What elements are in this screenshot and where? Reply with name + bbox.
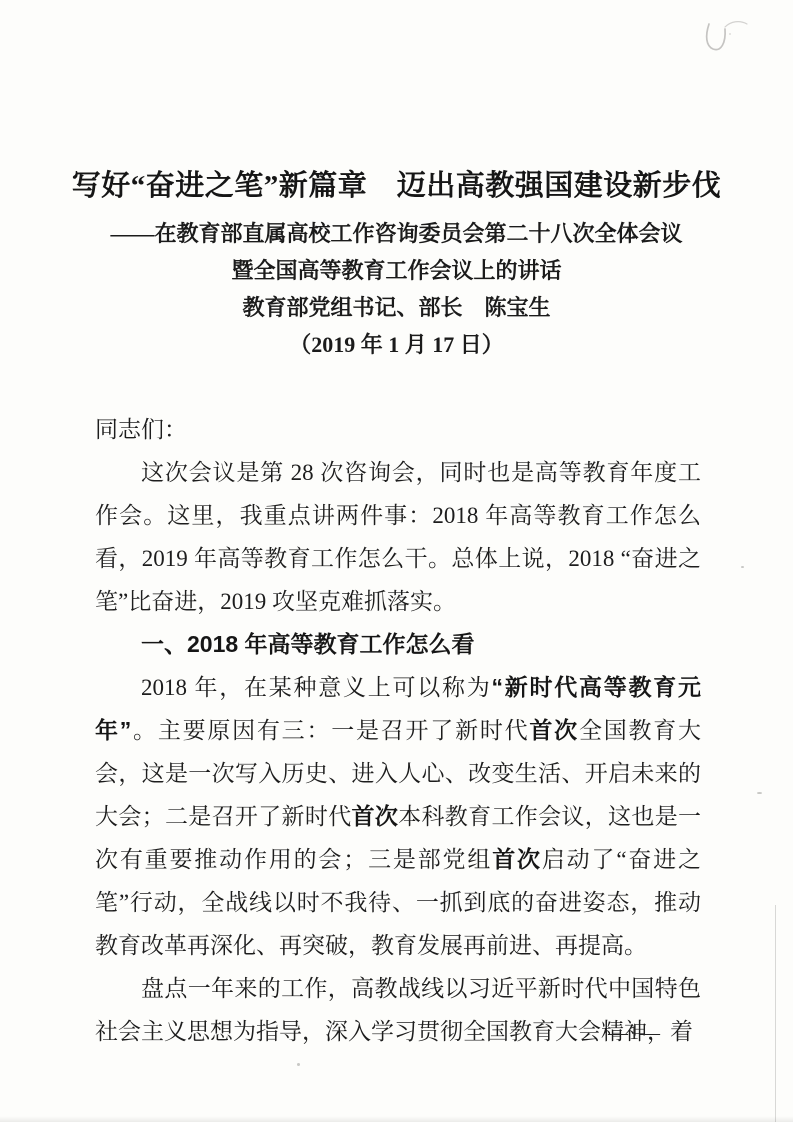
text-run: 同志们： (95, 417, 187, 442)
scan-speck (741, 566, 744, 568)
document-header: 写好“奋进之笔”新篇章 迈出高教强国建设新步伐 ——在教育部直属高校工作咨询委员… (0, 168, 793, 363)
page-title: 写好“奋进之笔”新篇章 迈出高教强国建设新步伐 (0, 168, 793, 204)
scanned-document-page: 写好“奋进之笔”新篇章 迈出高教强国建设新步伐 ——在教育部直属高校工作咨询委员… (0, 0, 793, 1122)
subtitle-line-2: 暨全国高等教育工作会议上的讲话 (0, 252, 793, 289)
scan-bottom-shadow (0, 1116, 793, 1122)
handwritten-mark-icon (694, 16, 752, 68)
scan-speck (297, 1063, 300, 1066)
date-line: （2019 年 1 月 17 日） (0, 326, 793, 363)
salutation: 同志们： (95, 408, 701, 451)
text-run: 这次会议是第 28 次咨询会，同时也是高等教育年度工作会。这里，我重点讲两件事：… (95, 460, 701, 614)
page-number: —1— (608, 1022, 661, 1045)
section-heading-1: 一、2018 年高等教育工作怎么看 (95, 623, 701, 666)
emphasis-text: 一、2018 年高等教育工作怎么看 (141, 631, 475, 657)
emphasis-text: 首次 (492, 846, 542, 872)
paragraph-reasons: 2018 年，在某种意义上可以称为“新时代高等教育元年”。主要原因有三：一是召开… (95, 666, 701, 967)
document-body: 同志们： 这次会议是第 28 次咨询会，同时也是高等教育年度工作会。这里，我重点… (95, 408, 701, 1053)
emphasis-text: 首次 (352, 803, 399, 829)
emphasis-text: 首次 (529, 717, 579, 743)
paragraph-intro: 这次会议是第 28 次咨询会，同时也是高等教育年度工作会。这里，我重点讲两件事：… (95, 451, 701, 623)
subtitle-line-1: ——在教育部直属高校工作咨询委员会第二十八次全体会议 (0, 215, 793, 252)
scan-speck (757, 792, 762, 794)
scan-edge-line (775, 905, 776, 1122)
author-line: 教育部党组书记、部长 陈宝生 (0, 289, 793, 326)
text-run: 2018 年，在某种意义上可以称为 (141, 675, 492, 700)
text-run: 。主要原因有三：一是召开了新时代 (131, 718, 529, 743)
